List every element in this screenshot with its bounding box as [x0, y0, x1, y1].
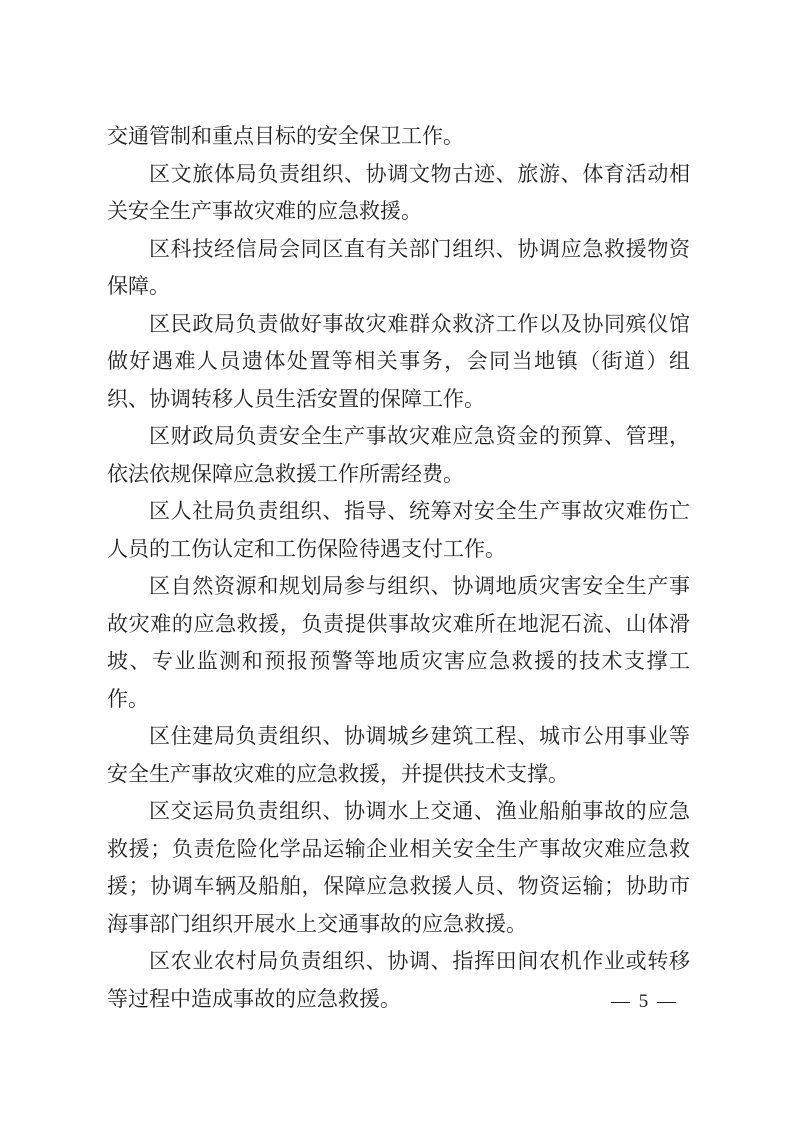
paragraph: 区科技经信局会同区直有关部门组织、协调应急救援物资保障。 [107, 231, 690, 306]
page-number: — 5 — [611, 991, 678, 1013]
paragraph: 区住建局负责组织、协调城乡建筑工程、城市公用事业等安全生产事故灾难的应急救援，并… [107, 718, 690, 793]
paragraph: 区民政局负责做好事故灾难群众救济工作以及协同殡仪馆做好遇难人员遗体处置等相关事务… [107, 306, 690, 419]
paragraph: 区自然资源和规划局参与组织、协调地质灾害安全生产事故灾难的应急救援，负责提供事故… [107, 568, 690, 718]
document-body: 交通管制和重点目标的安全保卫工作。 区文旅体局负责组织、协调文物古迹、旅游、体育… [107, 118, 690, 1018]
paragraph: 区文旅体局负责组织、协调文物古迹、旅游、体育活动相关安全生产事故灾难的应急救援。 [107, 156, 690, 231]
paragraph: 区财政局负责安全生产事故灾难应急资金的预算、管理，依法依规保障应急救援工作所需经… [107, 418, 690, 493]
paragraph: 区交运局负责组织、协调水上交通、渔业船舶事故的应急救援；负责危险化学品运输企业相… [107, 793, 690, 943]
paragraph: 区农业农村局负责组织、协调、指挥田间农机作业或转移等过程中造成事故的应急救援。 [107, 943, 690, 1018]
paragraph: 区人社局负责组织、指导、统筹对安全生产事故灾难伤亡人员的工伤认定和工伤保险待遇支… [107, 493, 690, 568]
document-page: 交通管制和重点目标的安全保卫工作。 区文旅体局负责组织、协调文物古迹、旅游、体育… [0, 0, 794, 1122]
paragraph: 交通管制和重点目标的安全保卫工作。 [107, 118, 690, 156]
